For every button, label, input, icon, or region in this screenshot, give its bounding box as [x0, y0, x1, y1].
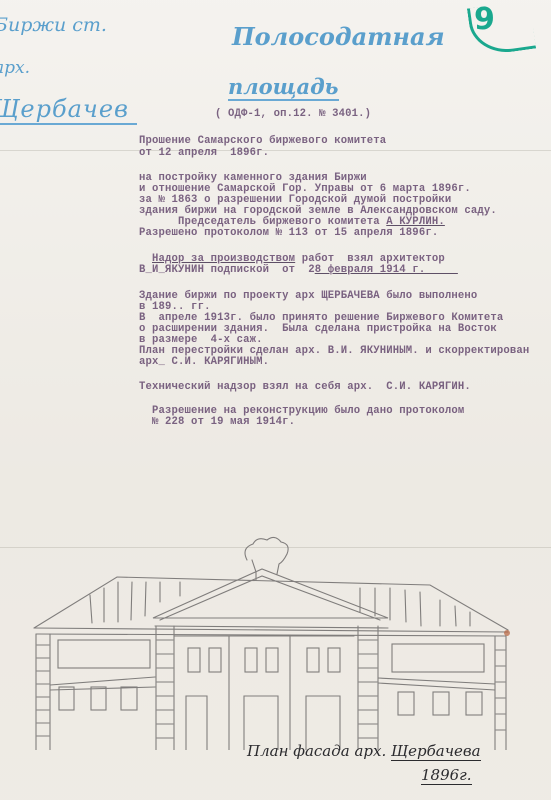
caption-label: План фасада арх. [247, 742, 391, 760]
text-line: арх_ С.И. КАРЯГИНЫМ. [139, 357, 269, 368]
sketch-caption: План фасада арх. Щербачева [247, 742, 481, 760]
margin-note-line: арх. [0, 58, 30, 78]
facade-sketch [0, 520, 551, 750]
margin-note-line: Щербачев [0, 95, 137, 125]
caption-architect: Щербачева [391, 742, 481, 761]
text-line: В_И_ЯКУНИН подпиской от 28 февраля 1914 … [139, 265, 458, 276]
architect-name: В_И_ЯКУНИН [139, 264, 204, 276]
text-segment: подпиской от 2 [204, 264, 315, 276]
underlined-date: 8 февраля 1914 г. [315, 264, 458, 276]
handwritten-title: площадь [228, 74, 339, 101]
page-number: 9 [474, 2, 495, 37]
paper-fold [0, 150, 551, 151]
text-line: Технический надзор взял на себя арх. С.И… [139, 382, 471, 393]
margin-note-line: Биржи ст. [0, 14, 107, 36]
text-line: № 228 от 19 мая 1914г. [139, 417, 295, 428]
text-line: Разрешено протоколом № 113 от 15 апреля … [139, 228, 438, 239]
archive-reference: ( ОДФ-1, оп.12. № 3401.) [215, 109, 371, 120]
handwritten-title: Полосодатная [232, 22, 445, 51]
text-line: от 12 апреля 1896г. [139, 148, 269, 159]
text-line: Прошение Самарского биржевого комитета [139, 136, 386, 147]
sketch-date: 1896г. [421, 766, 472, 785]
